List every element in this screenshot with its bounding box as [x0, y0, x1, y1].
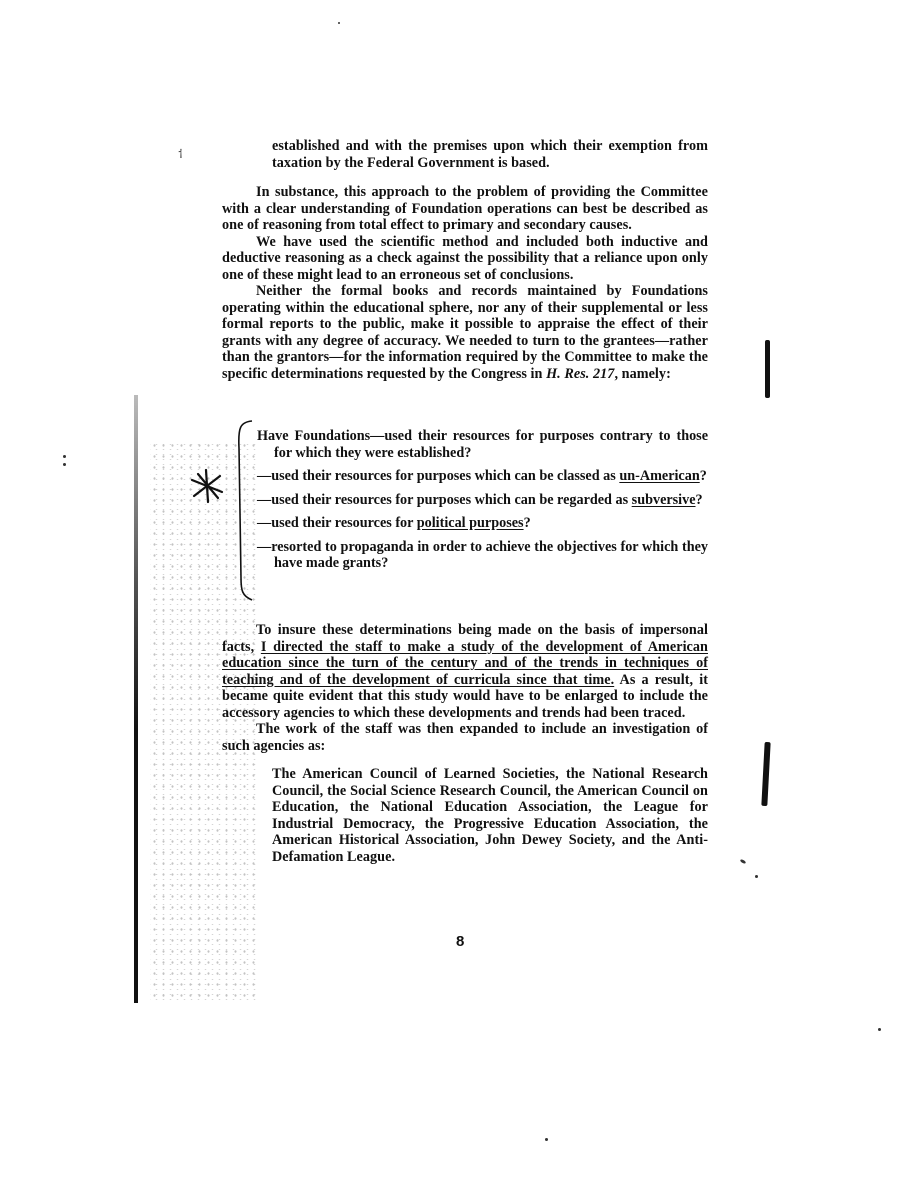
document-page: ⸶ established and with the premises upon…	[0, 0, 914, 1187]
resolution-reference: H. Res. 217	[546, 366, 614, 382]
scan-speck	[545, 1138, 548, 1141]
margin-mark	[765, 340, 770, 398]
question-item: —used their resources for purposes which…	[257, 468, 708, 485]
paragraph-records: Neither the formal books and records mai…	[222, 283, 708, 382]
question-item: Have Foundations—used their resources fo…	[257, 428, 708, 461]
scan-speck	[63, 455, 66, 458]
question-text: —used their resources for purposes which…	[257, 492, 632, 508]
scan-speck	[338, 22, 340, 24]
body-paragraphs: In substance, this approach to the probl…	[222, 184, 708, 382]
question-item: —used their resources for purposes which…	[257, 492, 708, 509]
records-text-end: , namely:	[614, 366, 670, 382]
question-item: —used their resources for political purp…	[257, 515, 708, 532]
scan-edge-line	[134, 395, 138, 1003]
question-item: —resorted to propaganda in order to achi…	[257, 539, 708, 572]
underlined-term: political purposes	[417, 515, 524, 531]
scan-speck	[740, 859, 747, 865]
question-mark: ?	[524, 515, 531, 531]
scan-speck	[878, 1028, 881, 1031]
paragraph-substance: In substance, this approach to the probl…	[222, 184, 708, 234]
study-paragraphs: To insure these determinations being mad…	[222, 622, 708, 754]
paragraph-method: We have used the scientific method and i…	[222, 234, 708, 284]
continuation-text: established and with the premises upon w…	[272, 138, 708, 171]
scan-mark: ⸶	[178, 145, 183, 162]
page-number: 8	[456, 933, 464, 950]
agencies-list: The American Council of Learned Societie…	[272, 766, 708, 865]
agencies-block: The American Council of Learned Societie…	[272, 766, 708, 865]
underlined-term: subversive	[632, 492, 696, 508]
question-text: —used their resources for purposes which…	[257, 468, 619, 484]
paragraph-study: To insure these determinations being mad…	[222, 622, 708, 721]
question-mark: ?	[696, 492, 703, 508]
underlined-term: un-American	[619, 468, 699, 484]
question-text: —used their resources for	[257, 515, 417, 531]
margin-mark	[761, 742, 770, 806]
scan-speck	[755, 875, 758, 878]
paragraph-agencies-intro: The work of the staff was then expanded …	[222, 721, 708, 754]
questions-list: Have Foundations—used their resources fo…	[257, 428, 708, 579]
scan-speck	[63, 463, 66, 466]
asterisk-mark-icon	[188, 466, 228, 506]
handwritten-bracket	[232, 418, 256, 602]
continuation-paragraph: established and with the premises upon w…	[272, 138, 708, 171]
question-mark: ?	[700, 468, 707, 484]
